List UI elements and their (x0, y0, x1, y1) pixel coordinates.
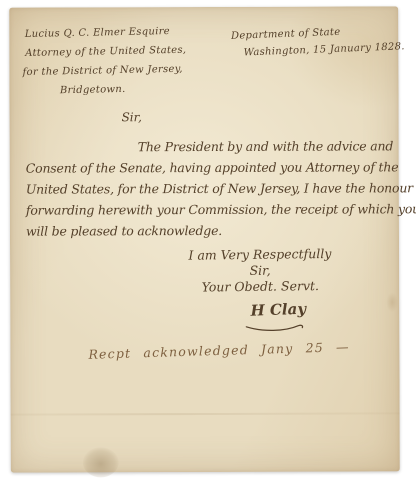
salutation-text: Sir, (122, 110, 142, 124)
paper-crease (11, 412, 400, 415)
dateline: Department of State Washington, 15 Janua… (231, 21, 405, 62)
docket-note: Recpt acknowledged Jany 25 — (88, 339, 350, 362)
letter-body: The President by and with the advice and… (26, 135, 394, 241)
paper-sheet: Lucius Q. C. Elmer Esquire Attorney of t… (9, 6, 400, 472)
recipient-line: Bridgetown. (60, 79, 188, 101)
recipient-line: for the District of New Jersey, (22, 60, 187, 82)
body-line: will be pleased to acknowledge. (26, 219, 394, 241)
signature-text: H Clay (238, 299, 319, 320)
letter-scan: Lucius Q. C. Elmer Esquire Attorney of t… (0, 0, 416, 492)
recipient-address: Lucius Q. C. Elmer Esquire Attorney of t… (25, 22, 188, 101)
body-line: Consent of the Senate, having appointed … (26, 156, 394, 178)
body-line: United States, for the District of New J… (26, 177, 394, 199)
paper-stain (83, 447, 119, 477)
foxing-mark (386, 292, 398, 312)
signature-flourish-icon (244, 322, 306, 334)
closing-block: I am Very Respectfully Sir, Your Obedt. … (150, 245, 371, 296)
body-line: forwarding herewith your Commission, the… (26, 198, 394, 220)
closing-line: Your Obedt. Servt. (150, 277, 370, 296)
body-line: The President by and with the advice and (26, 135, 394, 157)
